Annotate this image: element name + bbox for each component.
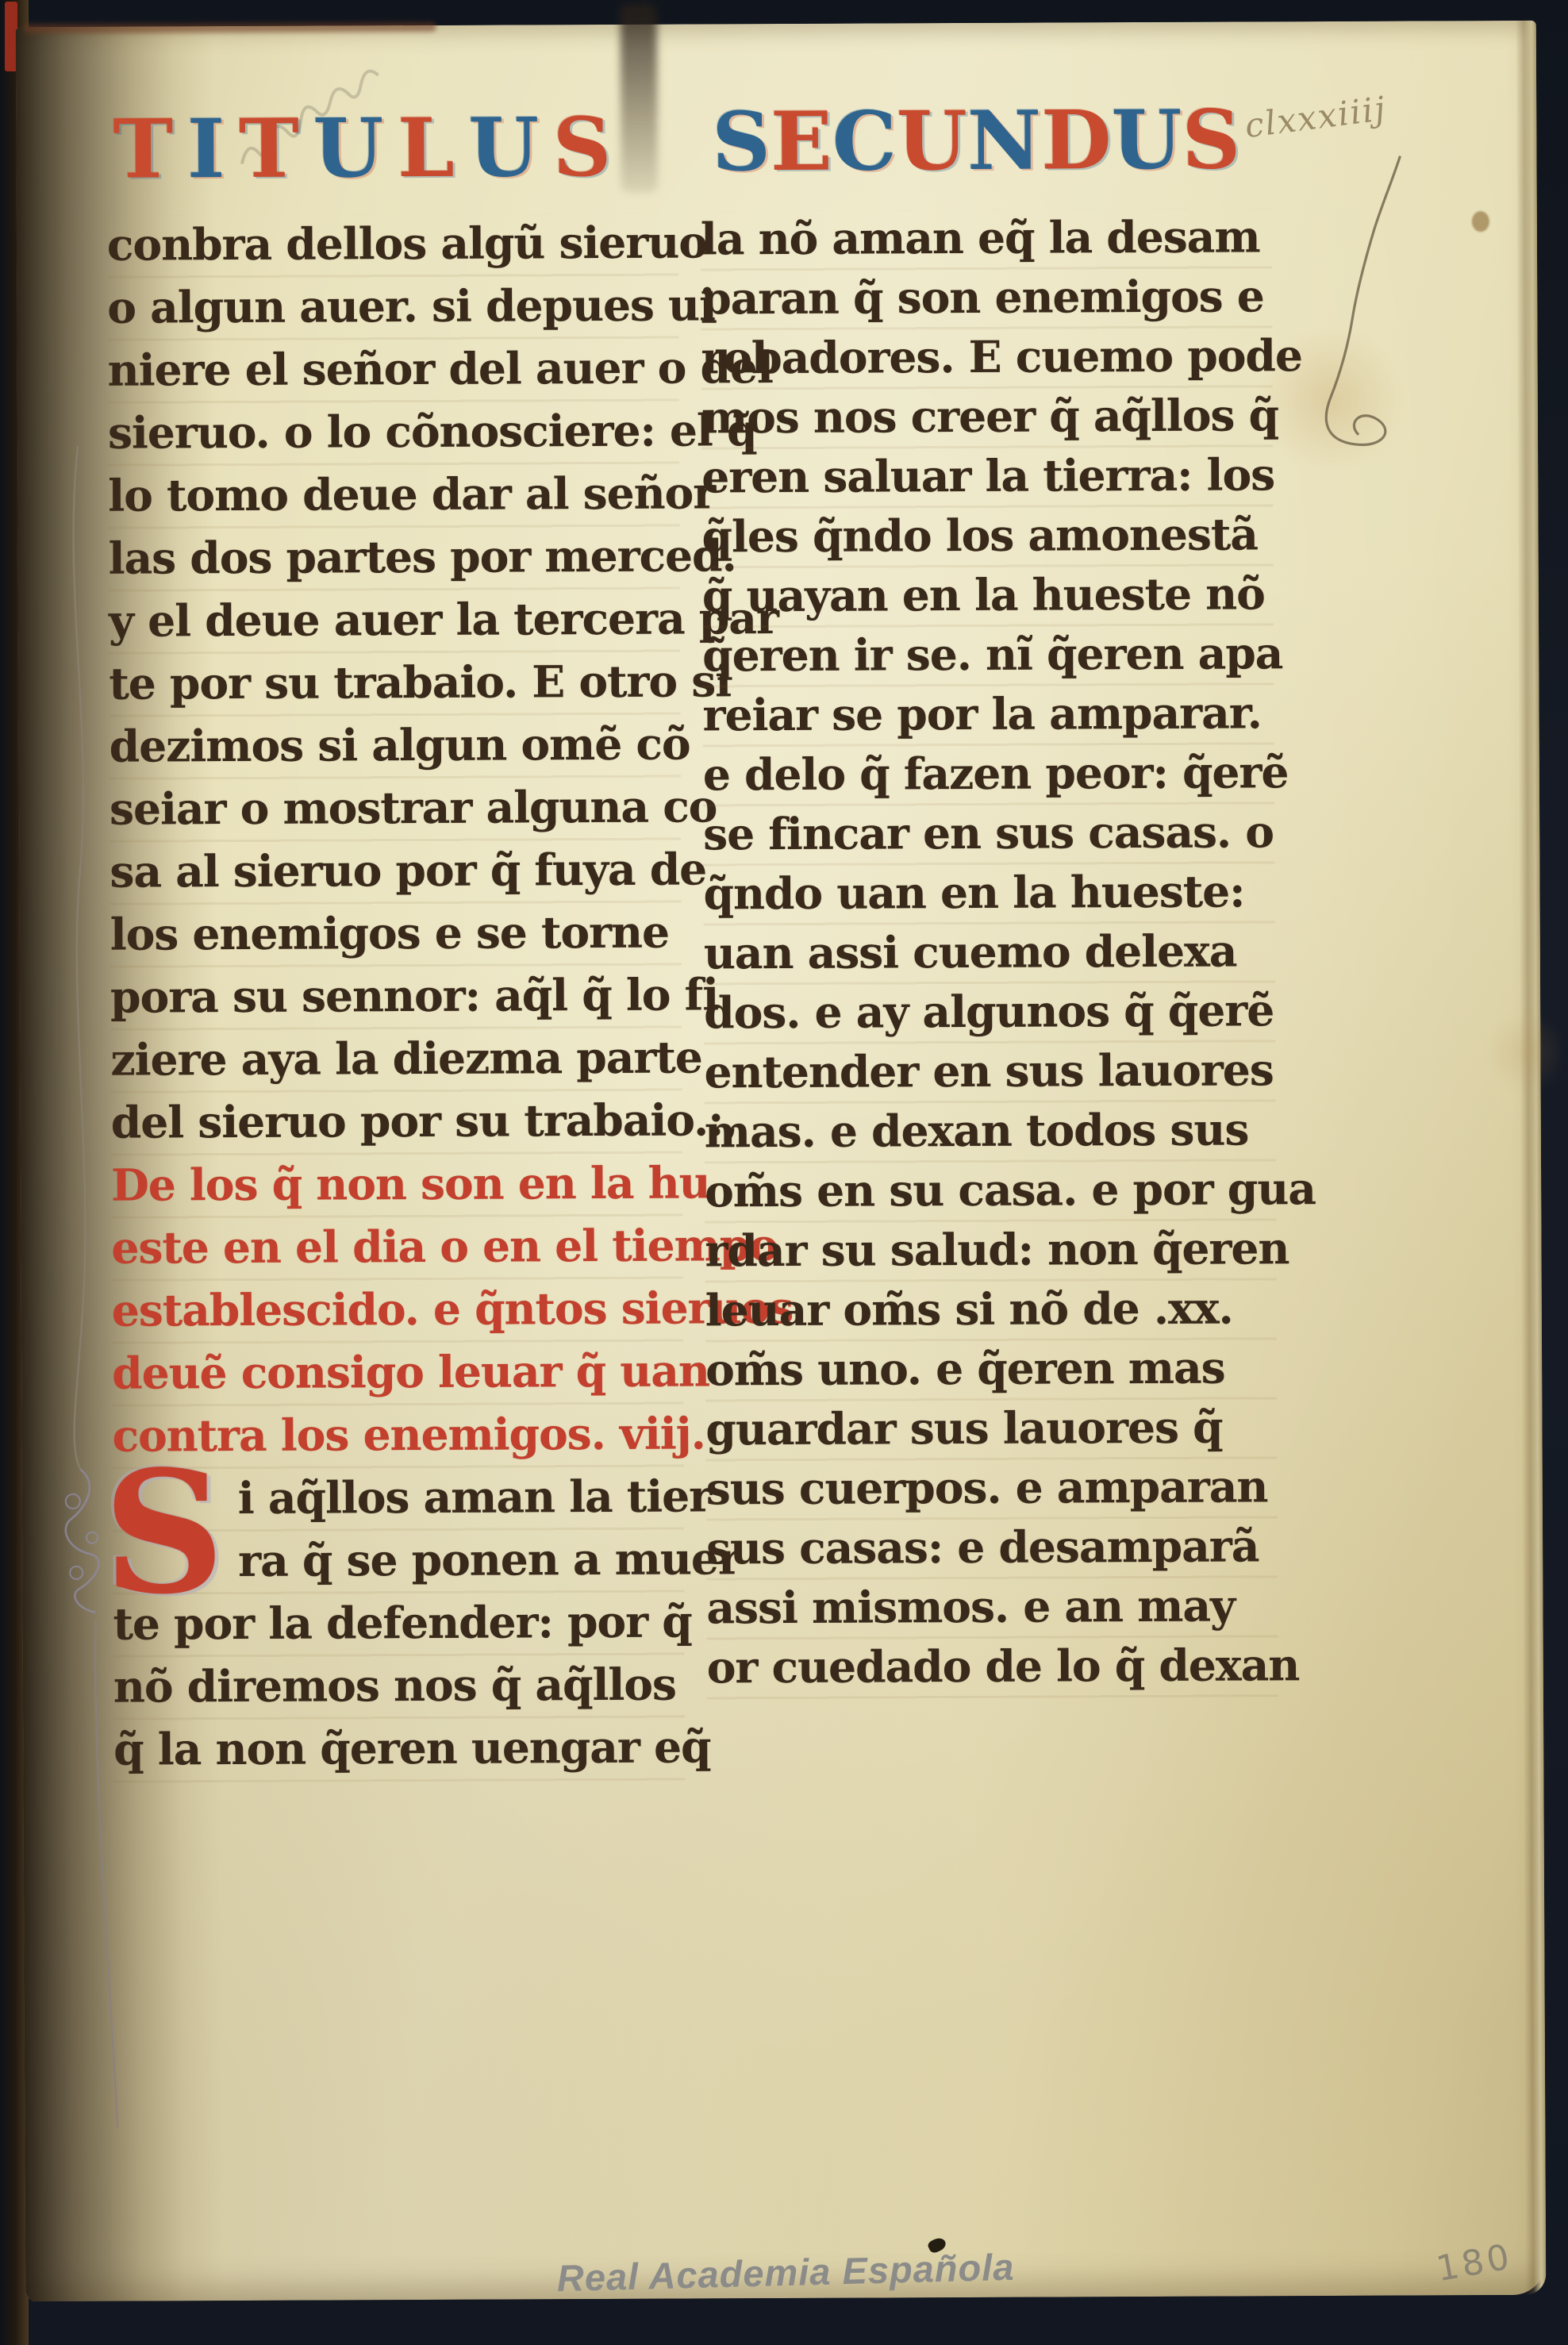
manuscript-line: e delo q̃ fazen peor: q̃erẽ xyxy=(703,744,1274,806)
heading-letter: S xyxy=(712,95,771,189)
manuscript-line: uan assi cuemo delexa xyxy=(704,923,1275,985)
manuscript-line: y el deue auer la tercera par xyxy=(109,590,680,655)
manuscript-line: q̃les q̃ndo los amonestã xyxy=(701,506,1273,568)
top-edge-stain xyxy=(24,22,436,33)
manuscript-line: establescido. e q̃ntos sieruos xyxy=(112,1279,683,1344)
heading-letter: U xyxy=(313,102,383,195)
heading-letter: S xyxy=(1182,93,1240,186)
manuscript-line: deuẽ consigo leuar q̃ uan xyxy=(112,1342,683,1407)
manuscript-line: los enemigos e se torne xyxy=(110,903,682,968)
manuscript-line: ziere aya la diezma parte xyxy=(110,1028,682,1094)
manuscript-photo: TITULUS SECUNDUS clxxxiiij S conbra dell… xyxy=(0,0,1568,2345)
manuscript-line: q̃eren ir se. nĩ q̃eren apa xyxy=(702,625,1274,687)
heading-letter: T xyxy=(113,102,173,196)
manuscript-line: mas. e dexan todos sus xyxy=(705,1101,1276,1163)
stain xyxy=(1489,1005,1562,1100)
manuscript-line: rdar su salud: non q̃eren xyxy=(705,1221,1276,1282)
manuscript-line: guardar sus lauores q̃ xyxy=(705,1399,1277,1461)
pen-flourish xyxy=(1279,146,1447,472)
manuscript-line: robadores. E cuemo pode xyxy=(701,328,1272,390)
heading-letter: I xyxy=(187,102,225,196)
library-watermark: Real Academia Española xyxy=(25,2232,1547,2313)
manuscript-line: om̃s en su casa. e por gua xyxy=(705,1161,1276,1223)
manuscript-line: las dos partes por merced. xyxy=(109,527,680,592)
heading-letter: L xyxy=(398,102,455,195)
decorated-initial: S xyxy=(103,1453,225,1613)
manuscript-line: or cuedado de lo q̃ dexan xyxy=(707,1637,1278,1699)
manuscript-line: assi mismos. e an may xyxy=(706,1578,1278,1640)
heading-letter: S xyxy=(552,101,611,194)
stain xyxy=(1472,211,1489,232)
heading-letter: C xyxy=(832,94,897,188)
manuscript-line: q̃ la non q̃eren uengar eq̃ xyxy=(113,1718,685,1783)
manuscript-line: entender en sus lauores xyxy=(704,1042,1275,1104)
heading-letter: E xyxy=(771,95,832,189)
heading-letter: U xyxy=(468,101,539,194)
heading-word-titulus: TITULUS xyxy=(113,101,612,197)
manuscript-line: sus cuerpos. e amparan xyxy=(706,1459,1278,1520)
right-text-column: la nõ aman eq̃ la desamparan q̃ son enem… xyxy=(701,209,1278,1699)
manuscript-line: sus casas: e desamparã xyxy=(706,1518,1278,1580)
manuscript-line: reiar se por la amparar. xyxy=(702,685,1274,747)
manuscript-line: om̃s uno. e q̃eren mas xyxy=(705,1340,1277,1401)
manuscript-line: este en el dia o en el tiempo xyxy=(111,1217,682,1282)
manuscript-line: De los q̃ non son en la hu xyxy=(111,1154,682,1219)
manuscript-line: dezimos si algun omẽ cõ xyxy=(110,715,681,780)
manuscript-line: paran q̃ son enemigos e xyxy=(701,268,1272,330)
left-text-column: S conbra dellos algũ sieruoo algun auer.… xyxy=(107,213,686,1783)
manuscript-line: te por su trabaio. E otro si xyxy=(109,652,680,717)
manuscript-line: q̃ uayan en la hueste nõ xyxy=(702,566,1274,628)
heading-letter: U xyxy=(897,94,967,188)
manuscript-line: del sieruo por su trabaio.:, xyxy=(111,1091,682,1156)
manuscript-line: eren saluar la tierra: los xyxy=(701,447,1273,509)
manuscript-line: mos nos creer q̃ aq̃llos q̃ xyxy=(701,387,1273,449)
manuscript-line: dos. e ay algunos q̃ q̃erẽ xyxy=(704,982,1275,1044)
manuscript-line: pora su sennor: aq̃l q̃ lo fi xyxy=(110,966,682,1031)
heading-word-secundus: SECUNDUS xyxy=(712,94,1163,189)
manuscript-line: se fincar en sus casas. o xyxy=(703,804,1274,866)
page-fore-edge xyxy=(1516,21,1547,2295)
manuscript-line: la nõ aman eq̃ la desam xyxy=(701,209,1272,271)
manuscript-line: conbra dellos algũ sieruo xyxy=(107,213,678,279)
heading-letter: U xyxy=(1111,94,1182,187)
heading-letter: N xyxy=(967,94,1042,188)
manuscript-line: lo tomo deue dar al señor xyxy=(108,464,679,529)
manuscript-line: seiar o mostrar alguna co xyxy=(110,778,681,843)
manuscript-line: o algun auer. si depues ui xyxy=(107,276,678,341)
manuscript-line: sieruo. o lo cõnosciere: el q̃ xyxy=(108,402,679,467)
manuscript-line: leuar om̃s si nõ de .xx. xyxy=(705,1280,1277,1342)
parchment-page: TITULUS SECUNDUS clxxxiiij S conbra dell… xyxy=(16,21,1546,2301)
heading-letter: T xyxy=(239,102,299,196)
manuscript-line: niere el señor del auer o del xyxy=(107,339,678,404)
manuscript-line: nõ diremos nos q̃ aq̃llos xyxy=(113,1655,685,1720)
manuscript-line: q̃ndo uan en la hueste: xyxy=(703,863,1274,925)
heading-letter: D xyxy=(1041,94,1112,187)
manuscript-line: sa al sieruo por q̃ fuya de xyxy=(110,840,681,905)
